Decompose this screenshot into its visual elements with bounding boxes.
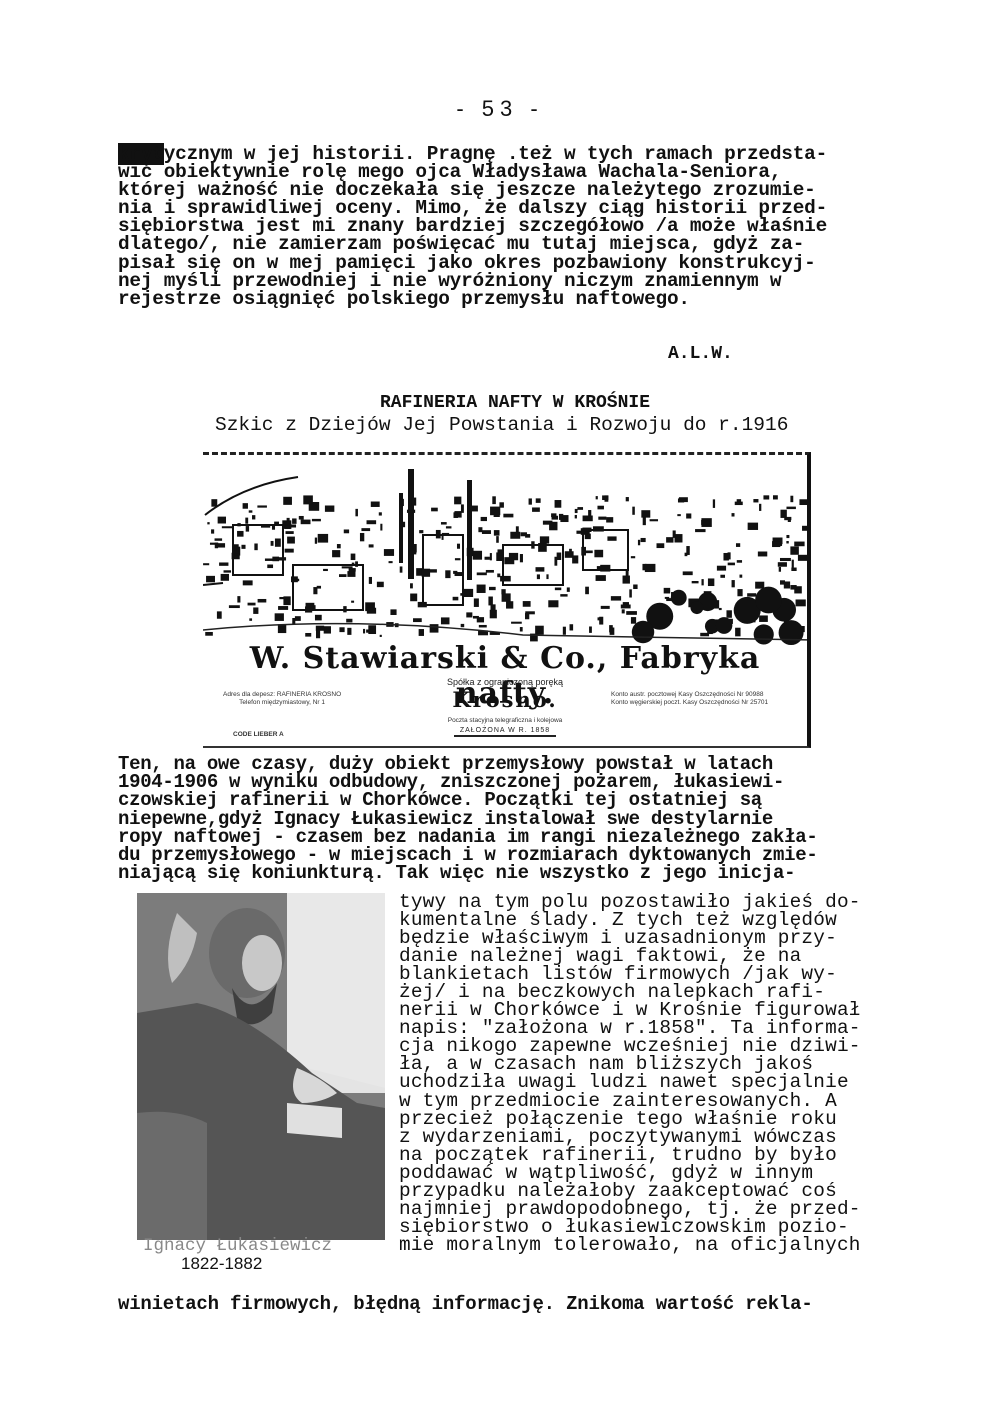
text-line: przecież połączenie tego właśnie roku — [399, 1110, 861, 1128]
paragraph-founding-date: tywy na tym polu pozostawiło jakieś do-k… — [399, 893, 861, 1254]
company-type: Spółka z ograniczoną poręką — [203, 677, 807, 687]
portrait-caption-name: Ignacy Łukasiewicz — [143, 1236, 332, 1256]
paragraph-history: Ten, na owe czasy, duży obiekt przemysło… — [118, 755, 817, 882]
text-line: uchodziła uwagi ludzi nawet specjalnie — [399, 1073, 861, 1091]
section-subtitle: Szkic z Dziejów Jej Powstania i Rozwoju … — [215, 414, 788, 436]
author-signature: A.L.W. — [668, 344, 733, 364]
founded-text: ZAŁOŻONA W R. 1858 — [454, 727, 556, 737]
founded-date: ZAŁOŻONA W R. 1858 — [203, 727, 807, 734]
portrait-image — [137, 893, 385, 1240]
text-line: na początek rafinerii, trudno by było — [399, 1146, 861, 1164]
telegraph-address: Adres dla depesz: RAFINERIA KROSNO Telef… — [223, 691, 341, 707]
text-line: dlatego/, nie zamierzam poświęcać mu tut… — [118, 235, 827, 253]
section-title: RAFINERIA NAFTY W KROŚNIE — [0, 393, 1000, 413]
text-line: pisał się on w mej pamięci jako okres po… — [118, 254, 827, 272]
page-number: - 53 - — [0, 96, 1000, 122]
portrait-ignacy-lukasiewicz — [137, 893, 385, 1240]
text-line: rejestrze osiągnięć polskiego przemysłu … — [118, 290, 827, 308]
post-office-info: Poczta stacyjna telegraficzna i kolejowa — [203, 717, 807, 725]
text-line: mie moralnym tolerowało, na oficjalnych — [399, 1236, 861, 1254]
paragraph-closing-line: winietach firmowych, błędną informację. … — [118, 1295, 813, 1313]
text-line: niającą się koniunkturą. Tak więc nie ws… — [118, 864, 817, 882]
refinery-letterhead-image: W. Stawiarski & Co., Fabryka nafty. Spół… — [203, 452, 811, 748]
paragraph-intro: krytycznym w jej historii. Pragnę .też w… — [118, 145, 827, 308]
portrait-caption-years: 1822-1882 — [181, 1254, 262, 1274]
text-line: czowskiej rafinerii w Chorkówce. Początk… — [118, 791, 817, 809]
text-line: z wydarzeniami, poczytywanymi wówczas — [399, 1128, 861, 1146]
text-line: w tym przedmiocie zainteresowanych. A — [399, 1092, 861, 1110]
bank-accounts: Konto austr. pocztowej Kasy Oszczędności… — [611, 691, 768, 707]
